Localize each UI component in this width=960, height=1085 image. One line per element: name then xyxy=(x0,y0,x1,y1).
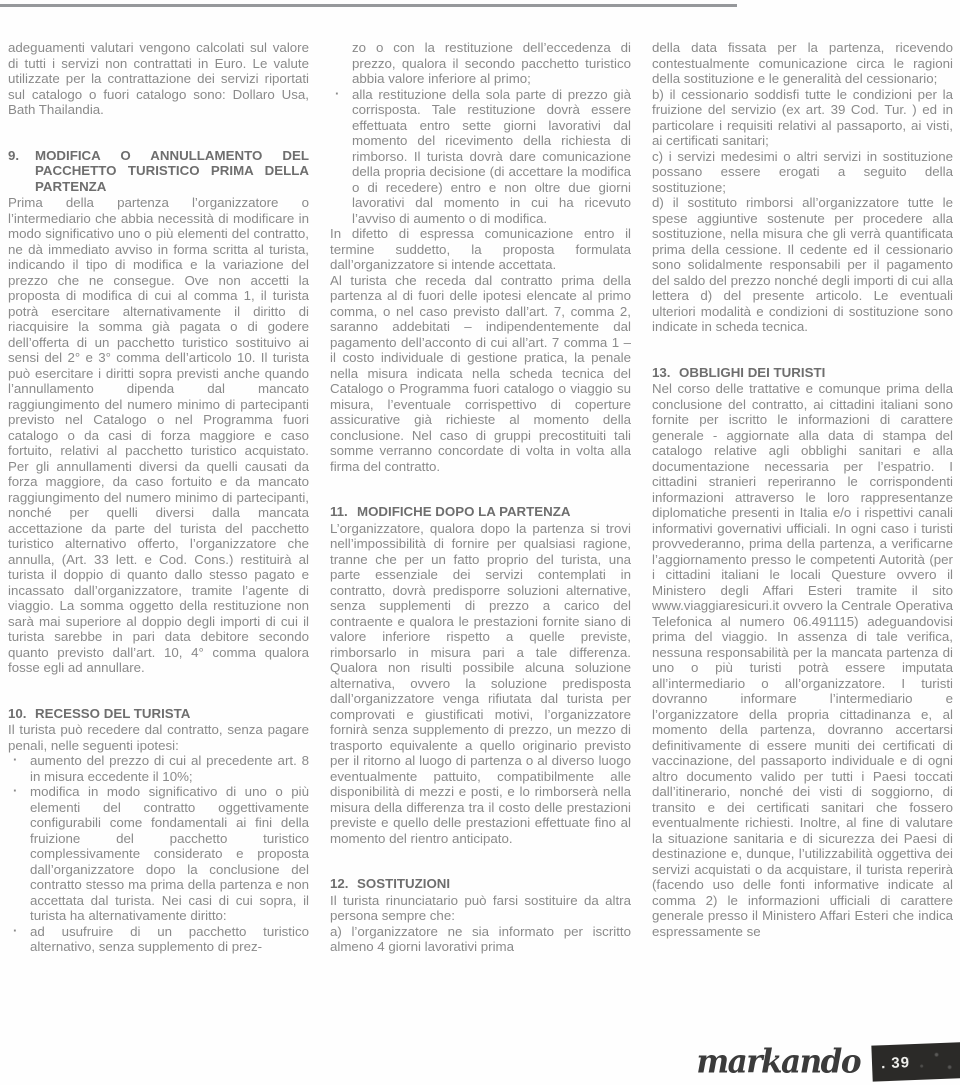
section-heading: 9.MODIFICA O ANNULLAMENTO DEL PACCHETTO … xyxy=(8,148,309,195)
section-heading: 13.OBBLIGHI DEI TURISTI xyxy=(652,365,953,381)
paragraph: Il turista può recedere dal contratto, s… xyxy=(8,722,309,753)
paragraph: Prima della partenza l’organizzatore o l… xyxy=(8,195,309,676)
section-title: RECESSO DEL TURISTA xyxy=(35,706,190,721)
section-number: 13. xyxy=(652,365,671,381)
paragraph: b) il cessionario soddisfi tutte le cond… xyxy=(652,87,953,149)
paragraph: Il turista rinunciatario può farsi sosti… xyxy=(330,893,631,924)
paragraph: della data fissata per la partenza, rice… xyxy=(652,40,953,87)
bullet-icon: · xyxy=(13,783,17,799)
paragraph: adeguamenti valutari vengono calcolati s… xyxy=(8,40,309,118)
text-column-3: della data fissata per la partenza, rice… xyxy=(652,40,953,939)
section-number: 12. xyxy=(330,876,349,892)
paragraph: L’organizzatore, qualora dopo la partenz… xyxy=(330,521,631,847)
text-columns: adeguamenti valutari vengono calcolati s… xyxy=(8,40,952,955)
bullet-text: modifica in modo significativo di uno o … xyxy=(30,784,309,923)
bullet-item: ·alla restituzione della sola parte di p… xyxy=(330,87,631,227)
section-heading: 10.RECESSO DEL TURISTA xyxy=(8,706,309,722)
page-number-badge: . 39 xyxy=(871,1042,960,1081)
bullet-text: aumento del prezzo di cui al precedente … xyxy=(30,753,309,784)
section-heading: 12.SOSTITUZIONI xyxy=(330,876,631,892)
bullet-item: ·aumento del prezzo di cui al precedente… xyxy=(8,753,309,784)
section-title: SOSTITUZIONI xyxy=(357,876,450,891)
section-title: MODIFICHE DOPO LA PARTENZA xyxy=(357,504,570,519)
bullet-continuation: zo o con la restituzione dell’eccedenza … xyxy=(330,40,631,87)
paragraph: d) il sostituto rimborsi all’organizzato… xyxy=(652,195,953,335)
bullet-icon: · xyxy=(13,752,17,768)
bullet-text: ad usufruire di un pacchetto turistico a… xyxy=(30,924,309,955)
page-footer: markando . 39 xyxy=(696,1044,960,1080)
document-page: adeguamenti valutari vengono calcolati s… xyxy=(0,0,960,1085)
bullet-icon: · xyxy=(13,923,17,939)
bullet-text: zo o con la restituzione dell’eccedenza … xyxy=(352,40,631,86)
bullet-item: ·ad usufruire di un pacchetto turistico … xyxy=(8,924,309,955)
section-number: 9. xyxy=(8,148,19,164)
top-rule-divider xyxy=(0,4,737,7)
section-number: 11. xyxy=(330,504,348,520)
paragraph: Al turista che receda dal contratto prim… xyxy=(330,273,631,475)
paragraph: In difetto di espressa comunicazione ent… xyxy=(330,226,631,273)
bullet-text: alla restituzione della sola parte di pr… xyxy=(352,87,631,226)
bullet-item: ·modifica in modo significativo di uno o… xyxy=(8,784,309,924)
text-column-2: zo o con la restituzione dell’eccedenza … xyxy=(330,40,631,955)
paragraph: c) i servizi medesimi o altri servizi in… xyxy=(652,149,953,196)
text-column-1: adeguamenti valutari vengono calcolati s… xyxy=(8,40,309,955)
paragraph: a) l’organizzatore ne sia informato per … xyxy=(330,924,631,955)
section-title: OBBLIGHI DEI TURISTI xyxy=(679,365,825,380)
section-title: MODIFICA O ANNULLAMENTO DEL PACCHETTO TU… xyxy=(35,148,309,194)
section-number: 10. xyxy=(8,706,27,722)
bullet-icon: · xyxy=(335,86,339,102)
paragraph: Nel corso delle trattative e comunque pr… xyxy=(652,381,953,939)
markando-logo: markando xyxy=(696,1043,860,1081)
section-heading: 11.MODIFICHE DOPO LA PARTENZA xyxy=(330,504,631,520)
